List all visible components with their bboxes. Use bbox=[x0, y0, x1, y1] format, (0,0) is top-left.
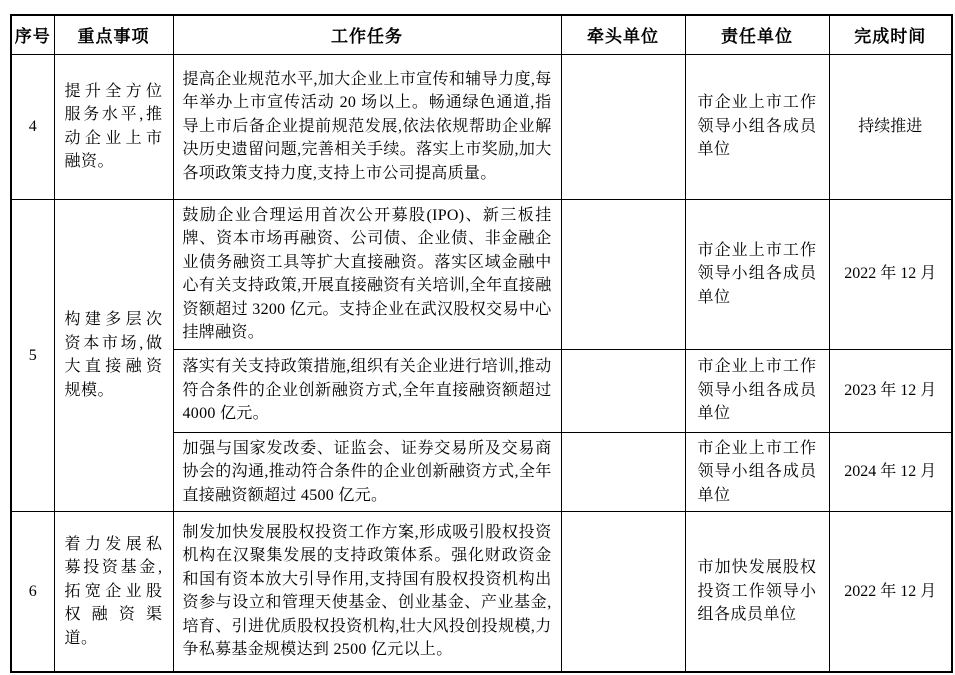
row-number: 6 bbox=[11, 512, 54, 672]
work-task: 加强与国家发改委、证监会、证券交易所及交易商协会的沟通,推动符合条件的企业创新融… bbox=[173, 432, 561, 512]
lead-unit bbox=[561, 54, 685, 199]
completion-time: 2023 年 12 月 bbox=[829, 349, 952, 432]
key-item: 构建多层次资本市场,做大直接融资规模。 bbox=[54, 199, 173, 512]
work-task: 提高企业规范水平,加大企业上市宣传和辅导力度,每年举办上市宣传活动 20 场以上… bbox=[173, 54, 561, 199]
work-task: 制发加快发展股权投资工作方案,形成吸引股权投资机构在汉聚集发展的支持政策体系。强… bbox=[173, 512, 561, 672]
header-cell-number: 序号 bbox=[11, 15, 54, 54]
responsible-unit: 市企业上市工作领导小组各成员单位 bbox=[685, 199, 829, 349]
completion-time: 2022 年 12 月 bbox=[829, 512, 952, 672]
completion-time: 2024 年 12 月 bbox=[829, 432, 952, 512]
header-cell-key-item: 重点事项 bbox=[54, 15, 173, 54]
row-number: 4 bbox=[11, 54, 54, 199]
lead-unit bbox=[561, 512, 685, 672]
header-cell-completion-time: 完成时间 bbox=[829, 15, 952, 54]
table-header-row: 序号 重点事项 工作任务 牵头单位 责任单位 完成时间 bbox=[11, 15, 952, 54]
completion-time: 持续推进 bbox=[829, 54, 952, 199]
lead-unit bbox=[561, 199, 685, 349]
header-cell-work-task: 工作任务 bbox=[173, 15, 561, 54]
responsible-unit: 市企业上市工作领导小组各成员单位 bbox=[685, 349, 829, 432]
responsible-unit: 市企业上市工作领导小组各成员单位 bbox=[685, 54, 829, 199]
table-row: 5 构建多层次资本市场,做大直接融资规模。 鼓励企业合理运用首次公开募股(IPO… bbox=[11, 199, 952, 349]
lead-unit bbox=[561, 432, 685, 512]
work-task: 鼓励企业合理运用首次公开募股(IPO)、新三板挂牌、资本市场再融资、公司债、企业… bbox=[173, 199, 561, 349]
header-cell-responsible-unit: 责任单位 bbox=[685, 15, 829, 54]
work-task: 落实有关支持政策措施,组织有关企业进行培训,推动符合条件的企业创新融资方式,全年… bbox=[173, 349, 561, 432]
responsible-unit: 市加快发展股权投资工作领导小组各成员单位 bbox=[685, 512, 829, 672]
row-number: 5 bbox=[11, 199, 54, 512]
table-row: 6 着力发展私募投资基金,拓宽企业股权融资渠道。 制发加快发展股权投资工作方案,… bbox=[11, 512, 952, 672]
document-page: 序号 重点事项 工作任务 牵头单位 责任单位 完成时间 4 提升全方位服务水平,… bbox=[0, 0, 955, 675]
key-item: 着力发展私募投资基金,拓宽企业股权融资渠道。 bbox=[54, 512, 173, 672]
work-plan-table: 序号 重点事项 工作任务 牵头单位 责任单位 完成时间 4 提升全方位服务水平,… bbox=[10, 14, 953, 673]
key-item: 提升全方位服务水平,推动企业上市融资。 bbox=[54, 54, 173, 199]
lead-unit bbox=[561, 349, 685, 432]
completion-time: 2022 年 12 月 bbox=[829, 199, 952, 349]
header-cell-lead-unit: 牵头单位 bbox=[561, 15, 685, 54]
table-row: 4 提升全方位服务水平,推动企业上市融资。 提高企业规范水平,加大企业上市宣传和… bbox=[11, 54, 952, 199]
responsible-unit: 市企业上市工作领导小组各成员单位 bbox=[685, 432, 829, 512]
